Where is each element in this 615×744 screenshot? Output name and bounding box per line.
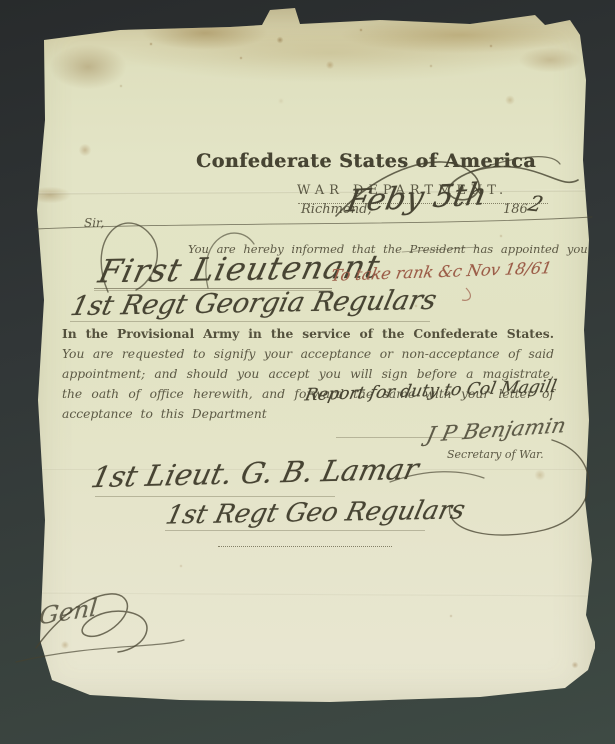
addressee-rule-1 bbox=[95, 496, 335, 497]
unit-handwritten: 1st Regt Georgia Regulars bbox=[68, 285, 440, 322]
paragraph-lead-roman: In the Provisional Army in the service o… bbox=[62, 326, 554, 341]
letterhead-org-title: Confederate States of America bbox=[196, 150, 531, 172]
secretary-title: Secretary of War. bbox=[447, 448, 544, 461]
addressee-unit-handwritten: 1st Regt Geo Regulars bbox=[163, 495, 468, 530]
photo-of-document: Confederate States of America WAR DEPART… bbox=[0, 0, 615, 744]
foxing-spots bbox=[30, 5, 32, 7]
unit-underline bbox=[70, 321, 430, 322]
salutation: Sir, bbox=[84, 216, 104, 230]
dateline-year-printed: 186 bbox=[503, 202, 528, 217]
dateline-date-handwritten: Feby 5th bbox=[344, 176, 490, 219]
fold-crease-bottom bbox=[30, 592, 595, 597]
bottom-dotted-rule bbox=[218, 546, 392, 547]
addressee-rule-2 bbox=[165, 530, 425, 531]
appointment-paragraph: In the Provisional Army in the service o… bbox=[62, 324, 554, 424]
